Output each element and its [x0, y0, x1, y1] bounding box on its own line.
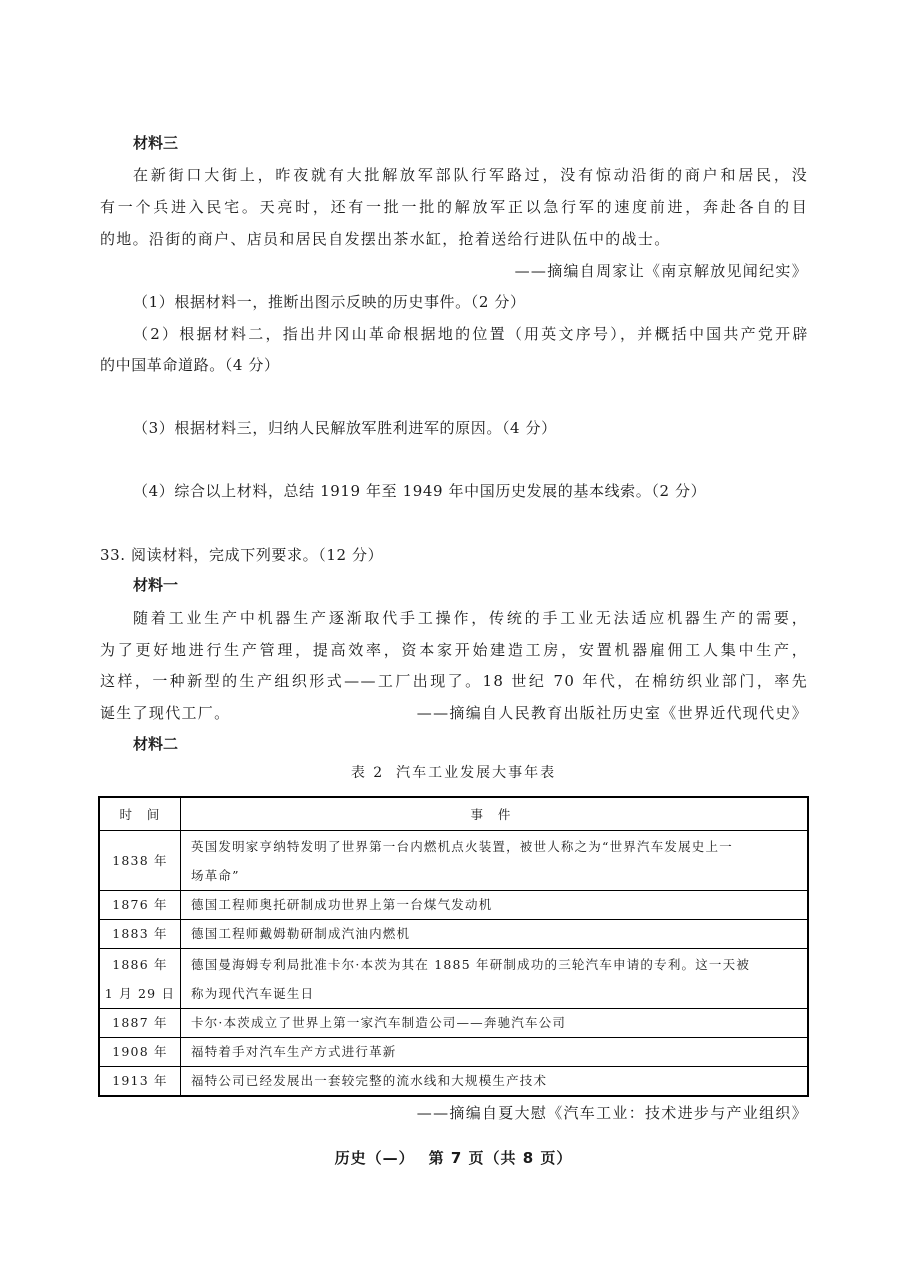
material-one-source: ——摘编自人民教育出版社历史室《世界近代现代史》	[100, 703, 808, 723]
table-row: 1883 年 德国工程师戴姆勒研制成汽油内燃机	[99, 920, 808, 949]
row-event: 德国工程师戴姆勒研制成汽油内燃机	[181, 920, 809, 949]
material-one-line-3: 这样，一种新型的生产组织形式——工厂出现了。18 世纪 70 年代，在棉纺织业部…	[100, 671, 808, 691]
row-time: 1886 年 1 月 29 日	[99, 949, 181, 1009]
row-event-line-1: 英国发明家亨纳特发明了世界第一台内燃机点火装置，被世人称之为“世界汽车发展史上一	[191, 832, 801, 861]
table-row: 1908 年 福特着手对汽车生产方式进行革新	[99, 1038, 808, 1067]
header-event: 事 件	[181, 797, 809, 831]
material-two-source: ——摘编自夏大慰《汽车工业：技术进步与产业组织》	[100, 1103, 808, 1123]
row-time: 1887 年	[99, 1009, 181, 1038]
table-row: 1838 年 英国发明家亨纳特发明了世界第一台内燃机点火装置，被世人称之为“世界…	[99, 831, 808, 891]
question-32-2-line-1: （2）根据材料二，指出井冈山革命根据地的位置（用英文序号），并概括中国共产党开辟	[133, 324, 808, 344]
table-caption-title: 汽车工业发展大事年表	[396, 765, 556, 781]
question-33-prompt: 33. 阅读材料，完成下列要求。（12 分）	[100, 545, 808, 565]
row-time-line-2: 1 月 29 日	[100, 979, 180, 1008]
table-row: 1876 年 德国工程师奥托研制成功世界上第一台煤气发动机	[99, 891, 808, 920]
row-event: 德国工程师奥托研制成功世界上第一台煤气发动机	[181, 891, 809, 920]
material-three-source: ——摘编自周家让《南京解放见闻纪实》	[100, 261, 808, 281]
row-time: 1876 年	[99, 891, 181, 920]
row-event: 福特公司已经发展出一套较完整的流水线和大规模生产技术	[181, 1067, 809, 1097]
material-three-line-2: 有一个兵进入民宅。天亮时，还有一批一批的解放军正以急行军的速度前进，奔赴各自的目	[100, 197, 808, 217]
row-time: 1913 年	[99, 1067, 181, 1097]
row-event: 德国曼海姆专利局批准卡尔·本茨为其在 1885 年研制成功的三轮汽车申请的专利。…	[181, 949, 809, 1009]
table-header-row: 时 间 事 件	[99, 797, 808, 831]
question-32-4: （4）综合以上材料，总结 1919 年至 1949 年中国历史发展的基本线索。（…	[133, 481, 808, 501]
material-one-heading: 材料一	[133, 575, 178, 595]
table-caption: 表 2汽车工业发展大事年表	[0, 763, 907, 783]
row-event-line-2: 称为现代汽车诞生日	[191, 979, 801, 1008]
material-three-heading: 材料三	[133, 133, 178, 153]
table-row: 1913 年 福特公司已经发展出一套较完整的流水线和大规模生产技术	[99, 1067, 808, 1097]
row-time: 1883 年	[99, 920, 181, 949]
row-event: 福特着手对汽车生产方式进行革新	[181, 1038, 809, 1067]
page-footer: 历史（—）第 7 页（共 8 页）	[0, 1147, 907, 1168]
footer-page-number: 第 7 页（共 8 页）	[429, 1149, 573, 1167]
row-event: 英国发明家亨纳特发明了世界第一台内燃机点火装置，被世人称之为“世界汽车发展史上一…	[181, 831, 809, 891]
header-time: 时 间	[99, 797, 181, 831]
table-row: 1887 年 卡尔·本茨成立了世界上第一家汽车制造公司——奔驰汽车公司	[99, 1009, 808, 1038]
material-two-heading: 材料二	[133, 734, 178, 754]
material-one-line-1: 随着工业生产中机器生产逐渐取代手工操作，传统的手工业无法适应机器生产的需要，	[133, 608, 808, 628]
row-event-line-1: 德国曼海姆专利局批准卡尔·本茨为其在 1885 年研制成功的三轮汽车申请的专利。…	[191, 950, 801, 979]
question-32-3: （3）根据材料三，归纳人民解放军胜利进军的原因。（4 分）	[133, 418, 808, 438]
material-three-line-1: 在新街口大街上，昨夜就有大批解放军部队行军路过，没有惊动沿街的商户和居民，没	[133, 165, 808, 185]
row-time-line-1: 1886 年	[100, 950, 180, 979]
car-industry-events-table: 时 间 事 件 1838 年 英国发明家亨纳特发明了世界第一台内燃机点火装置，被…	[98, 796, 809, 1097]
row-time: 1838 年	[99, 831, 181, 891]
footer-subject: 历史（—）	[335, 1149, 415, 1167]
question-32-1: （1）根据材料一，推断出图示反映的历史事件。（2 分）	[133, 292, 808, 312]
material-one-line-2: 为了更好地进行生产管理，提高效率，资本家开始建造工房，安置机器雇佣工人集中生产，	[100, 640, 808, 660]
table-row: 1886 年 1 月 29 日 德国曼海姆专利局批准卡尔·本茨为其在 1885 …	[99, 949, 808, 1009]
row-event: 卡尔·本茨成立了世界上第一家汽车制造公司——奔驰汽车公司	[181, 1009, 809, 1038]
table-caption-number: 表 2	[351, 765, 384, 781]
question-32-2-line-2: 的中国革命道路。（4 分）	[100, 355, 808, 375]
material-three-line-3: 的地。沿街的商户、店员和居民自发摆出茶水缸，抢着送给行进队伍中的战士。	[100, 229, 808, 249]
row-event-line-2: 场革命”	[191, 861, 801, 890]
row-time: 1908 年	[99, 1038, 181, 1067]
